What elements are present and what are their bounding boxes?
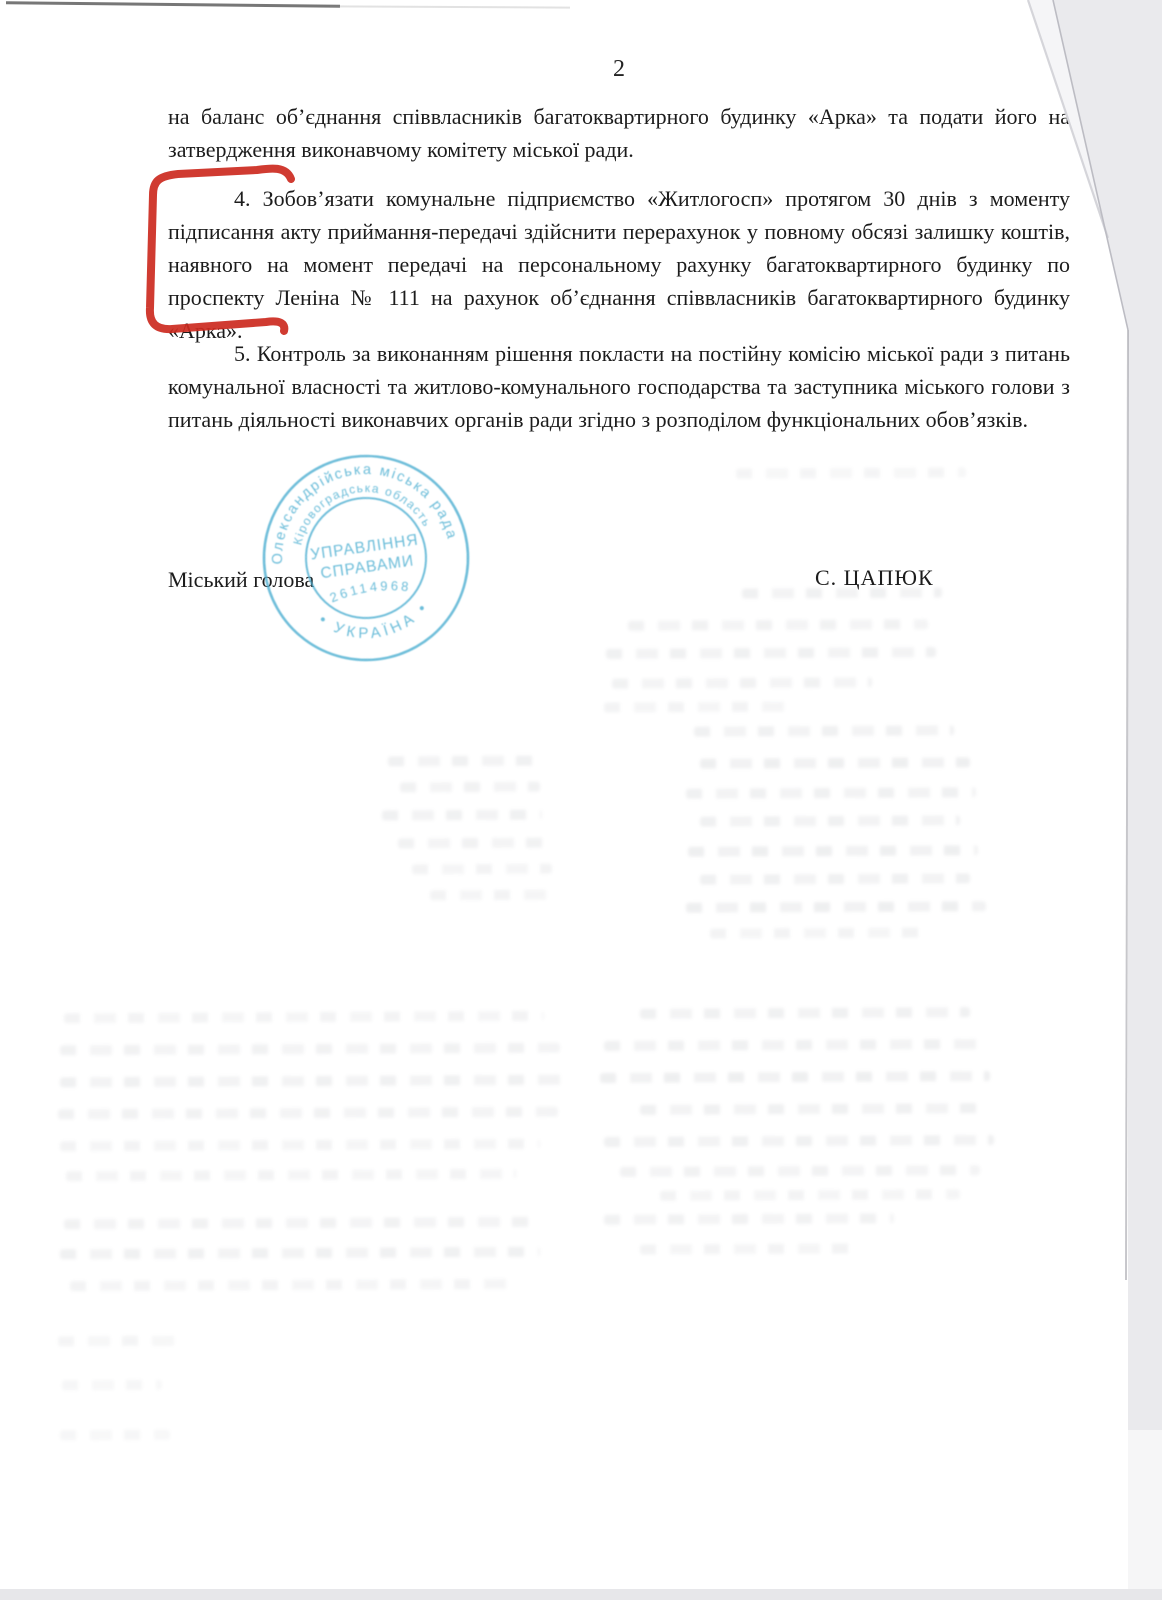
bleed-through-line	[700, 757, 970, 768]
stamp-ring-text-outer: Олександрійська міська рада	[258, 449, 461, 566]
stamp-code-text: 26114968	[327, 574, 414, 606]
bleed-through-line	[60, 1139, 540, 1152]
bleed-through-line	[382, 810, 542, 821]
page-number: 2	[168, 56, 1070, 83]
stamp-center-line1: УПРАВЛІННЯ	[309, 532, 419, 564]
stamp-ring-text-inner: Кіровоградська область	[283, 472, 435, 549]
stamp-country-text: • УКРАЇНА •	[314, 596, 436, 649]
bleed-through-line	[688, 845, 978, 857]
bleed-through-line	[604, 1039, 984, 1051]
bleed-through-line	[694, 725, 954, 736]
paragraph-item-4: 4. Зобов’язати комунальне підприємство «…	[168, 182, 1070, 347]
bleed-through-line	[620, 1165, 980, 1177]
bleed-through-line	[604, 702, 794, 713]
bleed-through-line	[606, 647, 936, 659]
bleed-through-line	[686, 901, 986, 913]
paragraph-continuation: на баланс об’єднання співвласників багат…	[168, 100, 1070, 166]
bleed-through-line	[60, 1075, 570, 1088]
scan-edge-artifact-faint	[330, 5, 570, 8]
bleed-through-line	[640, 1103, 990, 1115]
stamp-outer-circle	[251, 443, 481, 673]
stamp-inner-circle	[298, 490, 434, 626]
bleed-through-line	[640, 1007, 970, 1019]
stamp-center-line2: СПРАВАМИ	[319, 552, 415, 582]
bleed-through-line	[412, 864, 552, 875]
bleed-through-line	[742, 587, 942, 598]
bleed-through-line	[400, 782, 540, 793]
bleed-through-line	[430, 890, 550, 901]
bleed-through-line	[604, 1213, 894, 1225]
paragraph-item-5: 5. Контроль за виконанням рішення поклас…	[168, 337, 1070, 436]
bleed-through-line	[600, 1071, 990, 1083]
bleed-through-line	[628, 619, 928, 631]
bleed-through-line	[710, 927, 930, 938]
official-stamp: Олександрійська міська рада Кіровоградсь…	[242, 434, 490, 682]
bleed-through-line	[60, 1247, 540, 1260]
scan-bottom-strip	[0, 1589, 1162, 1600]
bleed-through-line	[388, 756, 538, 767]
bleed-through-line	[60, 1043, 560, 1056]
bleed-through-line	[58, 1107, 558, 1120]
bleed-through-line	[66, 1169, 516, 1181]
signature-title: Міський голова	[168, 567, 314, 593]
scan-edge-artifact	[6, 1, 340, 7]
bleed-through-line	[64, 1217, 534, 1229]
bleed-through-line	[62, 1380, 162, 1391]
bleed-through-line	[604, 1135, 994, 1147]
bleed-through-line	[70, 1279, 510, 1291]
bleed-through-line	[736, 467, 966, 478]
bleed-through-line	[660, 1189, 960, 1201]
bleed-through-line	[58, 1336, 178, 1347]
bleed-through-line	[398, 838, 548, 849]
bleed-through-line	[612, 677, 872, 688]
official-stamp-svg: Олександрійська міська рада Кіровоградсь…	[242, 434, 490, 682]
bleed-through-line	[640, 1243, 860, 1254]
bleed-through-line	[64, 1011, 544, 1024]
bleed-through-line	[700, 815, 960, 826]
bleed-through-line	[686, 787, 976, 799]
bleed-through-line	[60, 1430, 170, 1441]
bleed-through-line	[700, 873, 970, 884]
